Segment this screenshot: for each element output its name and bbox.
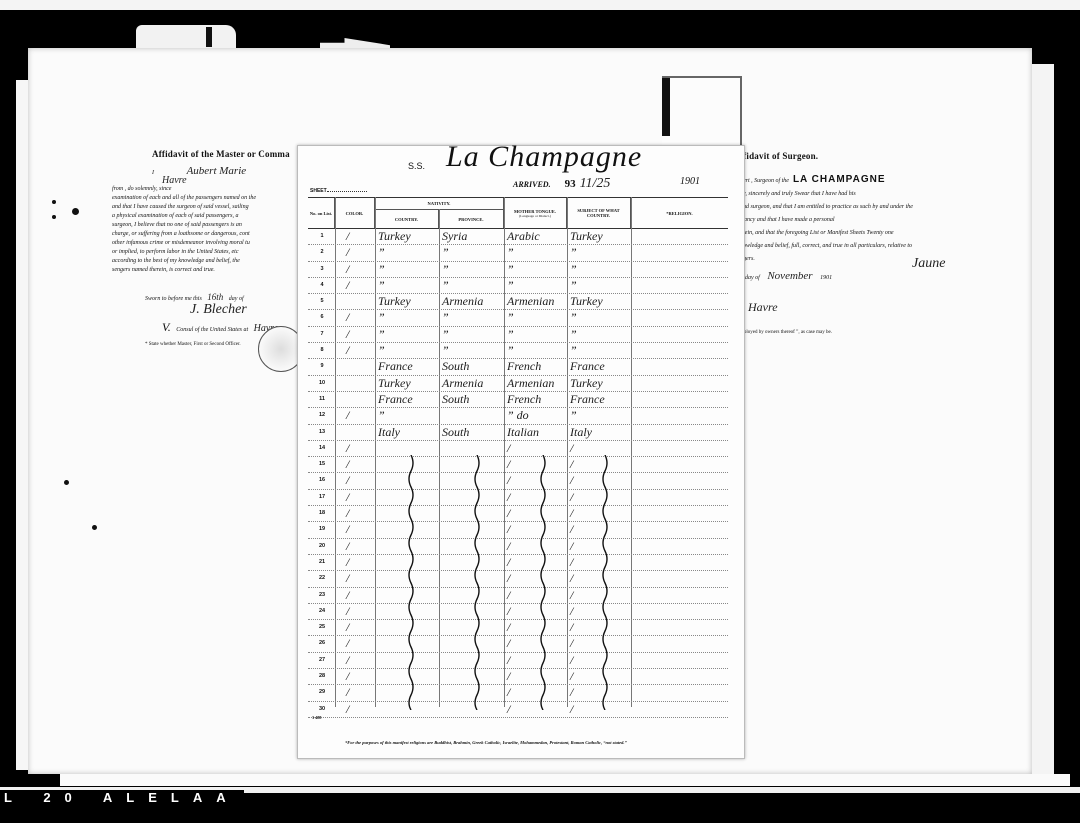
cell-tongue: Armenian [507, 376, 554, 390]
surgeon-line: Nancy and that I have made a personal [740, 214, 980, 227]
col-header-mother-tongue: MOTHER TONGUE. (Language or Dialect.) [504, 198, 567, 228]
binding-hole [72, 208, 79, 215]
row-number: 11 [312, 396, 332, 402]
cell-tongue: Armenian [507, 294, 554, 308]
cell-country: France [378, 359, 413, 373]
cell-subject: Turkey [570, 294, 603, 308]
religion-footnote: *For the purposes of this manifest relig… [345, 740, 627, 745]
cell-tongue: / [507, 490, 510, 504]
ditto-wavy-line-icon [538, 455, 548, 710]
cell-tongue: / [507, 653, 510, 667]
row-number: 23 [312, 592, 332, 598]
page-right-edge [1030, 64, 1054, 776]
row-number: 15 [312, 461, 332, 467]
table-row: 10TurkeyArmeniaArmenianTurkey [308, 376, 728, 392]
master-affidavit: Affidavit of the Master or Comma I Auber… [112, 150, 312, 275]
arrived-line: ARRIVED. 93 11/25 [513, 176, 610, 192]
cell-subject: / [570, 685, 573, 699]
col-header-color: COLOR. [335, 198, 375, 228]
surgeon-affidavit: ffidavit of Surgeon. bert , Surgeon of t… [740, 150, 980, 266]
table-row: 4/”””” [308, 278, 728, 294]
surgeon-affidavit-title: ffidavit of Surgeon. [740, 150, 980, 163]
table-row: 11FranceSouthFrenchFrance [308, 392, 728, 408]
cell-color: / [346, 245, 349, 259]
surgeon-line: and surgeon, and that I am entitled to p… [740, 201, 980, 214]
master-affidavit-body: from , do solemnly, since examination of… [112, 185, 312, 275]
row-number: 9 [312, 363, 332, 369]
cell-color: / [346, 343, 349, 357]
cell-province: South [442, 359, 469, 373]
table-row: 3/”””” [308, 262, 728, 278]
table-row: 14/// [308, 441, 728, 457]
cell-tongue: / [507, 669, 510, 683]
cell-subject: / [570, 702, 573, 716]
affidavit-line: sengers named therein, is correct and tr… [112, 266, 312, 275]
cell-province: South [442, 392, 469, 406]
ship-stamp: LA CHAMPAGNE [793, 174, 886, 185]
table-row: 20/// [308, 539, 728, 555]
row-number: 18 [312, 510, 332, 516]
cell-tongue: ” [507, 343, 514, 357]
cell-subject: / [570, 506, 573, 520]
table-row: 16/// [308, 473, 728, 489]
cell-tongue: ” [507, 262, 514, 276]
cell-tongue: / [507, 620, 510, 634]
form-number: 3-488 [312, 715, 321, 720]
cell-subject: / [570, 636, 573, 650]
consul-signature: J. Blecher [190, 302, 247, 318]
table-row: 21/// [308, 555, 728, 571]
ship-name: La Champagne [446, 140, 642, 174]
table-row: 1/TurkeySyriaArabicTurkey [308, 229, 728, 245]
table-row: 15/// [308, 457, 728, 473]
cell-tongue: / [507, 506, 510, 520]
cell-tongue: / [507, 685, 510, 699]
affidavit-line: or implied, to perform labor in the Unit… [112, 248, 312, 257]
sheet-label: SHEET [310, 188, 327, 194]
cell-color: / [346, 490, 349, 504]
row-number: 16 [312, 477, 332, 483]
table-row: 5TurkeyArmeniaArmenianTurkey [308, 294, 728, 310]
table-row: 30/// [308, 702, 728, 718]
row-number: 29 [312, 689, 332, 695]
cell-tongue: Arabic [507, 229, 540, 243]
cell-province: Syria [442, 229, 467, 243]
cell-country: ” [378, 343, 385, 357]
cell-tongue: French [507, 392, 541, 406]
date-prefix: day of [745, 275, 760, 281]
cell-subject: Turkey [570, 229, 603, 243]
cell-country: ” [378, 245, 385, 259]
table-row: 25/// [308, 620, 728, 636]
cell-color: / [346, 685, 349, 699]
affidavit-line: examination of each and all of the passe… [112, 194, 312, 203]
ditto-wavy-line-icon [406, 455, 416, 710]
film-code: L 20 ALELAA [0, 790, 244, 805]
cell-tongue: ” [507, 310, 514, 324]
cell-tongue: ” [507, 327, 514, 341]
cell-color: / [346, 522, 349, 536]
binding-hole [64, 480, 69, 485]
cell-subject: ” [570, 278, 577, 292]
row-number: 1 [312, 233, 332, 239]
state-note: * State whether Master, First or Second … [145, 342, 241, 347]
affidavit-line: a physical examination of each of said p… [112, 212, 312, 221]
cell-subject: ” [570, 262, 577, 276]
surgeon-port: Havre [748, 300, 778, 315]
cell-color: / [346, 441, 349, 455]
cell-color: / [346, 669, 349, 683]
table-row: 23/// [308, 588, 728, 604]
table-row: 17/// [308, 490, 728, 506]
row-number: 14 [312, 445, 332, 451]
row-number: 7 [312, 331, 332, 337]
table-row: 19/// [308, 522, 728, 538]
cell-country: Turkey [378, 376, 411, 390]
cell-color: / [346, 408, 349, 422]
cell-tongue: / [507, 571, 510, 585]
cell-subject: / [570, 653, 573, 667]
torn-paper-tab [136, 25, 236, 49]
row-number: 28 [312, 673, 332, 679]
cell-tongue: / [507, 702, 510, 716]
cell-country: France [378, 392, 413, 406]
col-header-religion: *RELIGION. [631, 198, 728, 228]
cell-subject: / [570, 490, 573, 504]
cell-color: / [346, 702, 349, 716]
cell-color: / [346, 327, 349, 341]
cell-province: ” [442, 343, 449, 357]
surgeon-line: nowledge and belief, full, correct, and … [740, 240, 980, 253]
col-header-subject: SUBJECT OF WHAT COUNTRY. [567, 198, 631, 228]
row-number: 22 [312, 575, 332, 581]
cell-country: ” [378, 327, 385, 341]
cell-subject: France [570, 392, 605, 406]
affidavit-line: according to the best of my knowledge an… [112, 257, 312, 266]
cell-color: / [346, 278, 349, 292]
cell-province: ” [442, 278, 449, 292]
table-row: 26/// [308, 636, 728, 652]
row-number: 3 [312, 266, 332, 272]
row-number: 30 [312, 706, 332, 712]
cell-tongue: / [507, 604, 510, 618]
row-number: 25 [312, 624, 332, 630]
cell-color: / [346, 620, 349, 634]
mother-tongue-sub: (Language or Dialect.) [519, 214, 551, 218]
date-year: 1901 [820, 275, 832, 281]
cell-color: / [346, 457, 349, 471]
row-number: 12 [312, 412, 332, 418]
cell-country: Turkey [378, 294, 411, 308]
cell-color: / [346, 310, 349, 324]
row-number: 26 [312, 640, 332, 646]
sheet-number: SHEET [310, 188, 367, 194]
affidavit-line: charge, or suffering from a loathsome or… [112, 230, 312, 239]
cell-subject: Turkey [570, 376, 603, 390]
cell-subject: / [570, 522, 573, 536]
row-number: 17 [312, 494, 332, 500]
master-name: Aubert Marie [187, 165, 247, 177]
affidavit-line: other infamous crime or misdemeanor invo… [112, 239, 312, 248]
cell-subject: France [570, 359, 605, 373]
cell-province: Armenia [442, 294, 483, 308]
arrived-code: 93 [565, 178, 576, 190]
ditto-wavy-line-icon [472, 455, 482, 710]
cell-country: Turkey [378, 229, 411, 243]
surgeon-line: ny, sincerely and truly Swear that I hav… [740, 188, 980, 201]
ss-label: S.S. [408, 161, 425, 171]
cell-color: / [346, 473, 349, 487]
cell-tongue: ” [507, 245, 514, 259]
col-header-country: COUNTRY. [375, 210, 439, 228]
table-row: 29/// [308, 685, 728, 701]
cell-subject: ” [570, 327, 577, 341]
cell-tongue: ” do [507, 408, 529, 422]
table-row: 7/”””” [308, 327, 728, 343]
cell-color: / [346, 604, 349, 618]
cell-country: Italy [378, 425, 400, 439]
cell-tongue: / [507, 539, 510, 553]
table-header: No. on List. COLOR. NATIVITY. COUNTRY. P… [308, 197, 728, 229]
row-number: 19 [312, 526, 332, 532]
table-row: 6/”””” [308, 310, 728, 326]
cell-color: / [346, 229, 349, 243]
cell-subject: / [570, 620, 573, 634]
cell-province: Armenia [442, 376, 483, 390]
cell-tongue: French [507, 359, 541, 373]
table-row: 9FranceSouthFrenchFrance [308, 359, 728, 375]
cell-subject: / [570, 669, 573, 683]
row-number: 5 [312, 298, 332, 304]
table-row: 12/”” do” [308, 408, 728, 424]
consul-text: Consul of the United States at [176, 327, 248, 333]
cell-province: South [442, 425, 469, 439]
cell-tongue: / [507, 457, 510, 471]
cell-subject: / [570, 473, 573, 487]
sworn-line: Sworn to before me this 16th day of [145, 292, 244, 302]
cell-country: ” [378, 310, 385, 324]
master-affidavit-title: Affidavit of the Master or Comma [152, 150, 312, 159]
row-number: 6 [312, 314, 332, 320]
affidavit-line: from , do solemnly, since [112, 185, 312, 194]
table-row: 13ItalySouthItalianItaly [308, 425, 728, 441]
arrived-label: ARRIVED. [513, 180, 551, 189]
col-header-no: No. on List. [308, 198, 335, 228]
cell-subject: / [570, 588, 573, 602]
cell-province: ” [442, 262, 449, 276]
cell-color: / [346, 636, 349, 650]
cell-tongue: / [507, 555, 510, 569]
cell-tongue: / [507, 588, 510, 602]
cell-province: ” [442, 245, 449, 259]
surgeon-date: day of November 1901 [745, 270, 832, 282]
row-number: 24 [312, 608, 332, 614]
surgeon-line: erein, and that the foregoing List or Ma… [740, 227, 980, 240]
cell-subject: ” [570, 408, 577, 422]
cell-subject: Italy [570, 425, 592, 439]
affidavit-line: and that I have caused the surgeon of sa… [112, 203, 312, 212]
cell-country: ” [378, 262, 385, 276]
table-row: 24/// [308, 604, 728, 620]
cell-tongue: / [507, 473, 510, 487]
cell-province: ” [442, 327, 449, 341]
cell-tongue: / [507, 636, 510, 650]
arrival-year: 1901 [680, 176, 700, 187]
date-month: November [767, 270, 812, 282]
page-bottom-edge [60, 774, 1070, 786]
cell-color: / [346, 539, 349, 553]
cell-color: / [346, 262, 349, 276]
surgeon-line-text: bert , Surgeon of the [740, 178, 789, 184]
table-row: 27/// [308, 653, 728, 669]
col-header-province: PROVINCE. [439, 210, 504, 228]
cell-subject: / [570, 539, 573, 553]
sworn-day: 16th [207, 292, 223, 302]
cell-subject: ” [570, 343, 577, 357]
film-top-gap [0, 10, 1080, 13]
cell-color: / [346, 588, 349, 602]
cell-subject: ” [570, 245, 577, 259]
surgeon-signature: Jaune [912, 256, 945, 272]
surgeon-note: mployed by owners thereof ”, as case may… [740, 330, 832, 335]
row-number: 13 [312, 429, 332, 435]
table-row: 8/”””” [308, 343, 728, 359]
cell-country: ” [378, 408, 385, 422]
row-number: 2 [312, 249, 332, 255]
cell-tongue: Italian [507, 425, 539, 439]
table-row: 2/”””” [308, 245, 728, 261]
row-number: 27 [312, 657, 332, 663]
arrived-date: 11/25 [580, 176, 611, 191]
cell-country: ” [378, 278, 385, 292]
cell-tongue: / [507, 522, 510, 536]
cell-subject: / [570, 457, 573, 471]
binding-hole [92, 525, 97, 530]
consul-line: V. Consul of the United States at Havre [162, 320, 278, 335]
cell-tongue: / [507, 441, 510, 455]
table-row: 18/// [308, 506, 728, 522]
surgeon-line: bert , Surgeon of theLA CHAMPAGNE [740, 173, 980, 188]
row-number: 20 [312, 543, 332, 549]
cell-subject: / [570, 555, 573, 569]
row-number: 8 [312, 347, 332, 353]
table-body: 1/TurkeySyriaArabicTurkey2/””””3/””””4/”… [308, 229, 728, 718]
table-row: 22/// [308, 571, 728, 587]
cell-subject: ” [570, 310, 577, 324]
cell-color: / [346, 653, 349, 667]
affidavit-line: surgeon, I believe that no one of said p… [112, 221, 312, 230]
cell-color: / [346, 571, 349, 585]
cell-color: / [346, 555, 349, 569]
binding-hole [52, 200, 56, 204]
cell-tongue: ” [507, 278, 514, 292]
row-number: 4 [312, 282, 332, 288]
i-label: I [152, 170, 154, 176]
cell-subject: / [570, 604, 573, 618]
consul-mark: V. [162, 320, 171, 334]
table-row: 28/// [308, 669, 728, 685]
binding-hole [52, 215, 56, 219]
cell-province: ” [442, 310, 449, 324]
ditto-wavy-line-icon [600, 455, 610, 710]
film-top-border [0, 0, 1080, 10]
cell-subject: / [570, 571, 573, 585]
row-number: 10 [312, 380, 332, 386]
cell-subject: / [570, 441, 573, 455]
row-number: 21 [312, 559, 332, 565]
cell-color: / [346, 506, 349, 520]
